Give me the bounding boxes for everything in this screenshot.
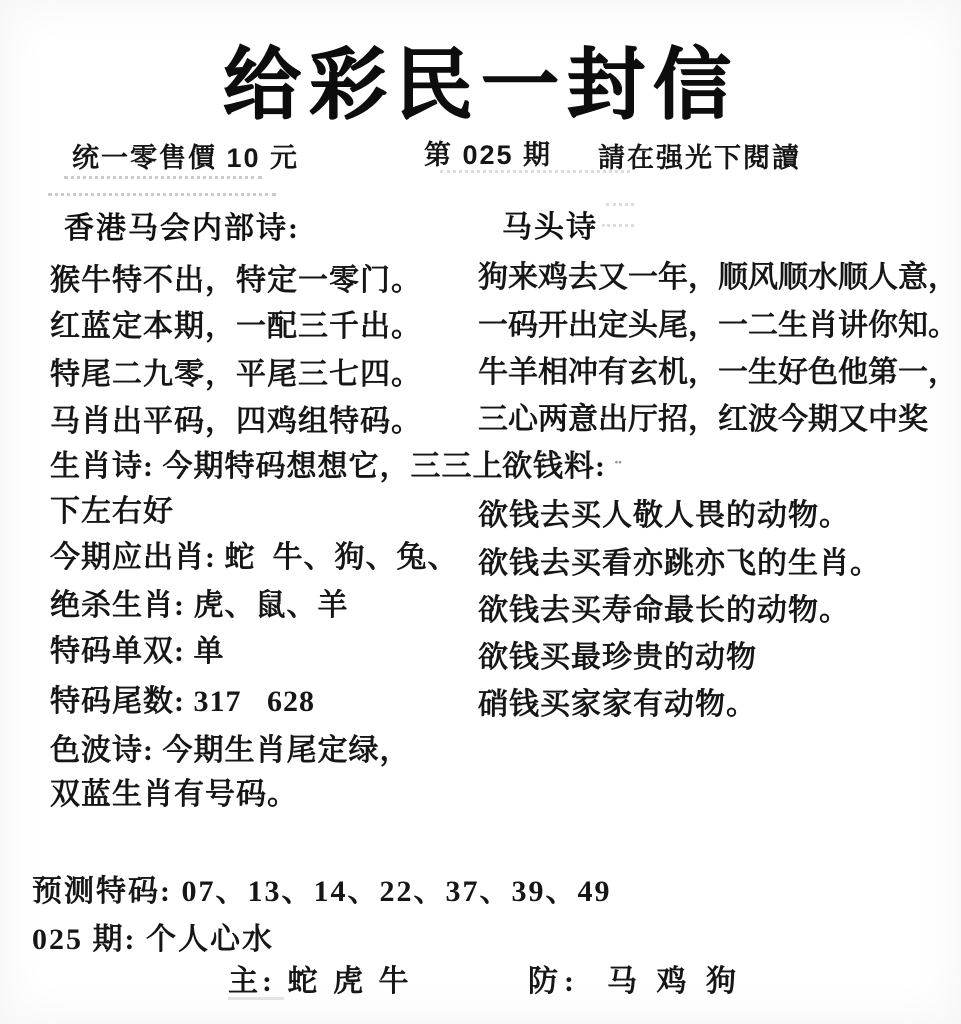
internal-poem-line: 马肖出平码，四鸡组特码。 [50, 396, 422, 440]
tail-number-line: 特码尾数: 317 628 [50, 676, 315, 720]
expected-zodiac-line: 今期应出肖: 蛇 牛、狗、兔、 [50, 532, 459, 576]
horsehead-poem-line: 一码开出定头尾，一二生肖讲你知。 [478, 300, 958, 344]
horsehead-poem-line: 狗来鸡去又一年，顺风顺水顺人意， [478, 252, 958, 296]
money-clue-line: 欲钱去买寿命最长的动物。 [478, 585, 850, 629]
zodiac-poem-line: 生肖诗: 今期特码想想它，三三上 [50, 441, 504, 485]
money-clue-header-text: 欲钱料: [502, 450, 606, 483]
internal-poem-line: 猴牛特不出，特定一零门。 [50, 255, 422, 299]
money-clue-header: 欲钱料: ¨ [502, 441, 623, 485]
internal-poem-line: 特尾二九零，平尾三七四。 [50, 349, 422, 393]
faint-print-artifact [48, 193, 276, 196]
horsehead-poem-line: 牛羊相冲有玄机，一生好色他第一， [478, 347, 958, 391]
left-column-header: 香港马会内部诗: [64, 203, 300, 247]
color-wave-poem-line: 双蓝生肖有号码。 [50, 769, 298, 813]
money-clue-line: 欲钱去买人敬人畏的动物。 [478, 490, 850, 534]
main-picks-line: 主: 蛇 虎 牛 [228, 956, 413, 1000]
faint-print-artifact [228, 997, 284, 1000]
faint-print-artifact [440, 170, 630, 173]
predicted-special-numbers-line: 预测特码: 07、13、14、22、37、39、49 [32, 866, 612, 910]
page-title: 给彩民一封信 [0, 22, 961, 134]
faint-print-artifact [64, 176, 262, 179]
internal-poem-line: 红蓝定本期，一配三千出。 [50, 301, 422, 345]
odd-even-line: 特码单双: 单 [50, 626, 225, 670]
guard-picks-line: 防: 马 鸡 狗 [528, 956, 742, 1000]
right-column-header: 马头诗 [502, 202, 598, 246]
killed-zodiac-line: 绝杀生肖: 虎、鼠、羊 [50, 580, 349, 624]
money-clue-line: 欲钱买最珍贵的动物 [478, 632, 757, 676]
zodiac-poem-line: 下左右好 [50, 486, 174, 530]
scanned-lottery-letter-page: 给彩民一封信 统一零售價 10 元 第 025 期 請在强光下閱讀 香港马会内部… [0, 0, 961, 1024]
color-wave-poem-line: 色波诗: 今期生肖尾定绿， [50, 725, 411, 769]
faint-print-artifact [606, 203, 634, 206]
faint-print-artifact [602, 224, 634, 227]
money-clue-line: 硝钱买家家有动物。 [478, 679, 757, 723]
personal-pick-line: 025 期: 个人心水 [32, 914, 274, 958]
horsehead-poem-line: 三心两意出厅招，红波今期又中奖 [478, 394, 928, 438]
price-label: 统一零售價 10 元 [72, 136, 299, 175]
issue-number-label: 第 025 期 [424, 133, 552, 172]
faint-print-mark: ¨ [615, 456, 623, 481]
money-clue-line: 欲钱去买看亦跳亦飞的生肖。 [478, 538, 881, 582]
